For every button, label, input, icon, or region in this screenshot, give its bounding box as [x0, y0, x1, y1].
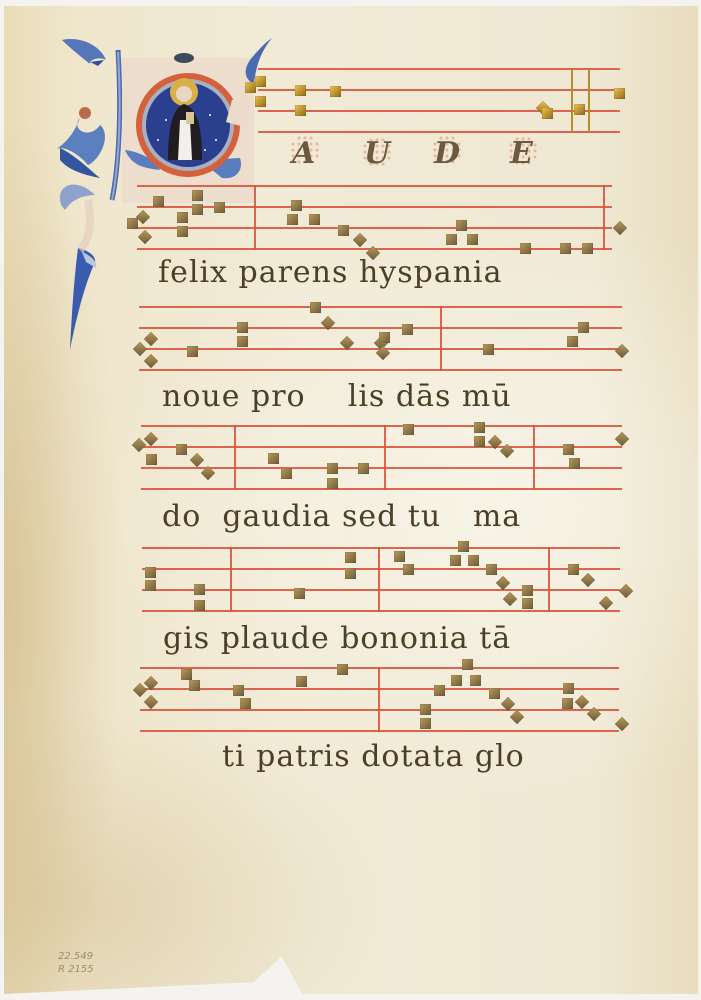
staff-line — [139, 327, 622, 329]
incipit-letter-d: D — [434, 136, 460, 171]
bar-line — [384, 425, 386, 490]
bar-line — [234, 425, 236, 490]
square-neume — [403, 564, 414, 575]
square-neume — [295, 85, 306, 96]
staff-line — [141, 488, 622, 490]
square-neume — [574, 104, 585, 115]
staff-line — [258, 89, 620, 91]
square-neume — [294, 588, 305, 599]
lyric-line-3: do gaudia sed tu ma — [162, 502, 521, 532]
square-neume — [456, 220, 467, 231]
square-neume — [268, 453, 279, 464]
square-neume — [345, 552, 356, 563]
bar-line — [533, 425, 535, 490]
square-neume — [309, 214, 320, 225]
square-neume — [446, 234, 457, 245]
square-neume — [176, 444, 187, 455]
inventory-annotation: 22.549 R 2155 — [58, 950, 94, 976]
square-neume — [582, 243, 593, 254]
square-neume — [146, 454, 157, 465]
square-neume — [153, 196, 164, 207]
square-neume — [255, 76, 266, 87]
staff-line — [141, 446, 622, 448]
square-neume — [296, 676, 307, 687]
square-neume — [358, 463, 369, 474]
square-neume — [486, 564, 497, 575]
lyric-line-5: ti patris dotata glo — [222, 742, 525, 772]
square-neume — [189, 680, 200, 691]
square-neume — [127, 218, 138, 229]
square-neume — [233, 685, 244, 696]
staff-line — [258, 131, 620, 133]
square-neume — [567, 336, 578, 347]
square-neume — [330, 86, 341, 97]
staff-line — [139, 306, 622, 308]
gold-stem — [588, 70, 590, 132]
square-neume — [462, 659, 473, 670]
square-neume — [562, 698, 573, 709]
bar-line — [378, 547, 380, 612]
square-neume — [237, 322, 248, 333]
bar-line — [378, 667, 380, 732]
bar-line — [230, 547, 232, 612]
square-neume — [177, 226, 188, 237]
square-neume — [522, 585, 533, 596]
square-neume — [327, 478, 338, 489]
square-neume — [563, 683, 574, 694]
square-neume — [467, 234, 478, 245]
square-neume — [181, 669, 192, 680]
square-neume — [379, 332, 390, 343]
annotation-reference: R 2155 — [58, 963, 94, 976]
square-neume — [145, 580, 156, 591]
square-neume — [474, 422, 485, 433]
square-neume — [327, 463, 338, 474]
lyric-line-4: gis plaude bononia tā — [163, 624, 511, 654]
square-neume — [310, 302, 321, 313]
incipit-letter-e: E — [510, 136, 533, 171]
square-neume — [569, 458, 580, 469]
square-neume — [420, 718, 431, 729]
square-neume — [403, 424, 414, 435]
square-neume — [568, 564, 579, 575]
square-neume — [560, 243, 571, 254]
staff-line — [137, 227, 612, 229]
square-neume — [394, 551, 405, 562]
square-neume — [194, 584, 205, 595]
square-neume — [468, 555, 479, 566]
square-neume — [287, 214, 298, 225]
square-neume — [458, 541, 469, 552]
square-neume — [214, 202, 225, 213]
square-neume — [240, 698, 251, 709]
square-neume — [194, 600, 205, 611]
square-neume — [337, 664, 348, 675]
bar-line — [440, 306, 442, 371]
lyric-line-2: noue pro lis dās mū — [162, 382, 512, 412]
square-neume — [483, 344, 494, 355]
square-neume — [578, 322, 589, 333]
square-neume — [345, 568, 356, 579]
bar-line — [254, 185, 256, 250]
square-neume — [192, 204, 203, 215]
staff-line — [258, 110, 620, 112]
square-neume — [522, 598, 533, 609]
square-neume — [563, 444, 574, 455]
gold-stem — [571, 70, 573, 132]
square-neume — [474, 436, 485, 447]
square-neume — [451, 675, 462, 686]
bar-line — [548, 547, 550, 612]
staff-line — [258, 68, 620, 70]
square-neume — [450, 555, 461, 566]
square-neume — [489, 688, 500, 699]
square-neume — [542, 108, 553, 119]
incipit-letter-u: U — [364, 136, 390, 171]
square-neume — [177, 212, 188, 223]
square-neume — [281, 468, 292, 479]
staff-line — [139, 369, 622, 371]
incipit-letter-a: A — [292, 136, 315, 171]
annotation-number: 22.549 — [58, 950, 94, 963]
square-neume — [338, 225, 349, 236]
square-neume — [520, 243, 531, 254]
staff-line — [141, 425, 622, 427]
square-neume — [192, 190, 203, 201]
staff-line — [141, 467, 622, 469]
square-neume — [295, 105, 306, 116]
square-neume — [402, 324, 413, 335]
square-neume — [145, 567, 156, 578]
square-neume — [434, 685, 445, 696]
square-neume — [237, 336, 248, 347]
staff-line — [137, 206, 612, 208]
square-neume — [255, 96, 266, 107]
square-neume — [614, 88, 625, 99]
staff-line — [137, 185, 612, 187]
square-neume — [187, 346, 198, 357]
square-neume — [470, 675, 481, 686]
lyric-line-1: felix parens hyspania — [158, 258, 503, 288]
square-neume — [291, 200, 302, 211]
square-neume — [420, 704, 431, 715]
bar-line — [603, 185, 605, 250]
